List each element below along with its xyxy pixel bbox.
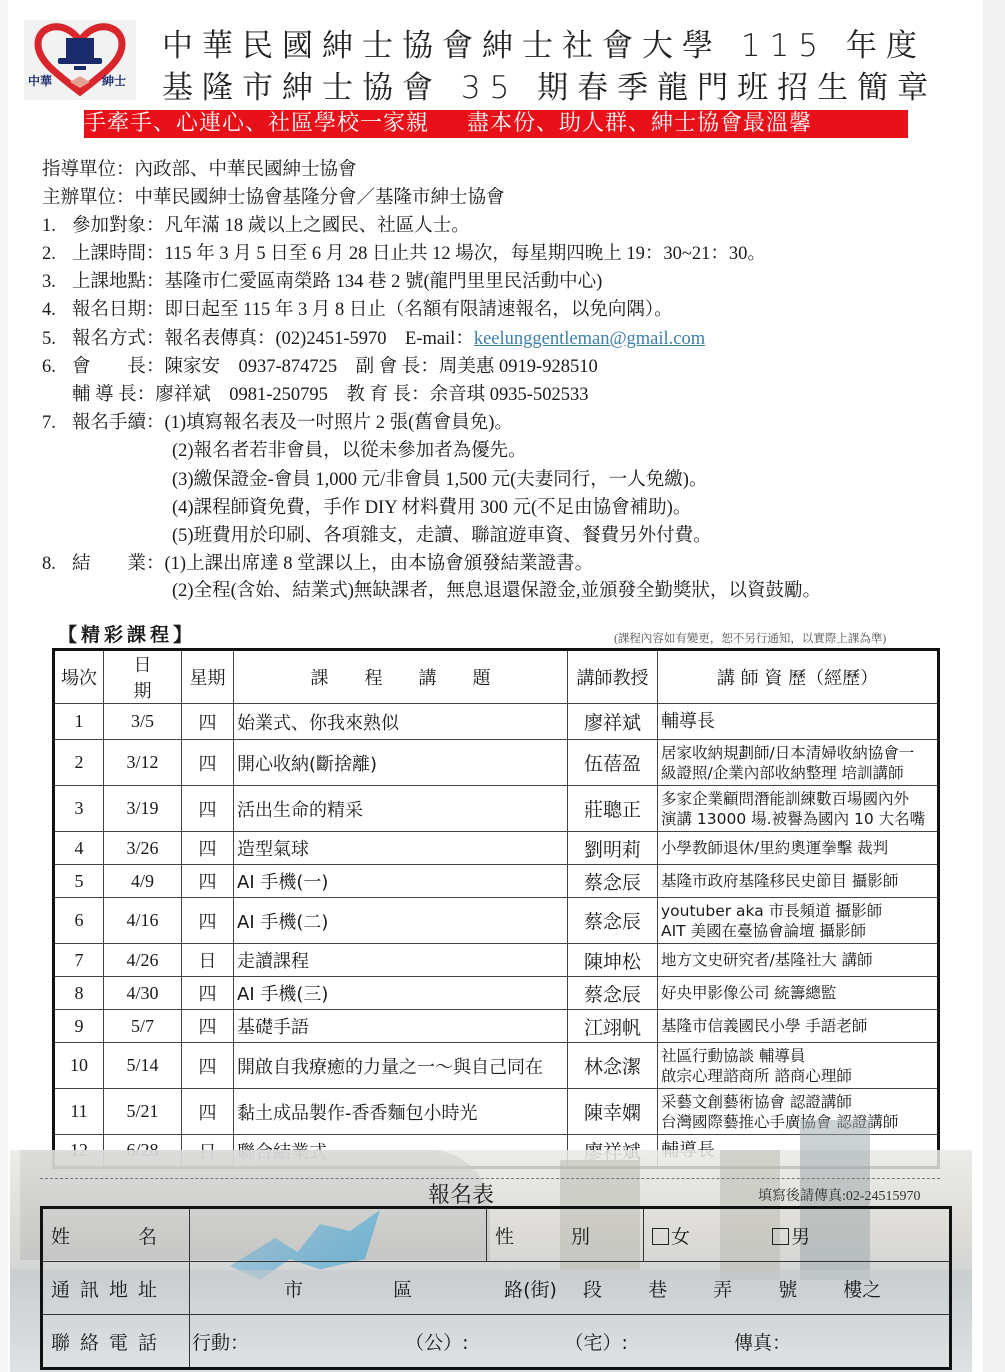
table-row: 74/26日走讀課程陳坤松地方文史研究者/基隆社大 講師	[54, 944, 939, 977]
info-item-7: 7.報名手續：(1)填寫報名表及一吋照片 2 張(舊會員免)。	[42, 409, 513, 437]
info-item-5: 5.報名方式：報名表傳真：(02)2451-5970 E-mail：keelun…	[42, 325, 705, 353]
address-field[interactable]: 市 區 路(街) 段 巷 弄 號 樓之	[190, 1262, 951, 1315]
info-item-7-3: (3)繳保證金-會員 1,000 元/非會員 1,500 元(夫妻同行，一人免繳…	[172, 466, 707, 494]
table-header-row: 場次 日 期 星期 課 程 講 題 講師教授 講 師 資 歷（經歷）	[54, 650, 939, 704]
slogan-part-2: 盡本份、助人群、紳士協會最溫馨	[467, 110, 812, 138]
header-date: 日 期	[104, 650, 182, 704]
table-row: 95/7四基礎手語江翊帆基隆市信義國民小學 手語老師	[54, 1010, 939, 1043]
form-row-address: 通訊地址 市 區 路(街) 段 巷 弄 號 樓之	[42, 1262, 951, 1315]
title-line-1: 中華民國紳士協會紳士社會大學 115 年度	[162, 20, 926, 65]
table-row: 54/9四AI 手機(一)蔡念辰基隆市政府基隆移民史節目 攝影師	[54, 865, 939, 898]
organizer-unit: 主辦單位：中華民國紳士協會基隆分會／基隆市紳士協會	[42, 184, 505, 212]
info-item-6-president: 6.會 長：陳家安 0937-874725 副 會 長：周美惠 0919-928…	[42, 353, 598, 381]
home-label: （宅）:	[565, 1332, 628, 1354]
info-item-7-2: (2)報名者若非會員，以從未參加者為優先。	[172, 437, 527, 465]
header-weekday: 星期	[182, 650, 234, 704]
male-label: 男	[791, 1226, 810, 1248]
female-checkbox[interactable]	[652, 1228, 669, 1245]
info-item-8-2: (2)全程(含始、結業式)無缺課者，無息退還保證金,並頒發全勤獎狀，以資鼓勵。	[172, 577, 821, 605]
header-instructor: 講師教授	[568, 650, 658, 704]
info-item-2: 2.上課時間：115 年 3 月 5 日至 6 月 28 日止共 12 場次，每…	[42, 240, 766, 268]
address-label: 通訊地址	[42, 1262, 190, 1315]
email-link[interactable]: keelunggentleman@gmail.com	[474, 329, 705, 349]
course-section-title: 【精彩課程】	[58, 620, 196, 647]
fax-label: 傳真：	[734, 1332, 791, 1354]
header-qualification: 講 師 資 歷（經歷）	[658, 650, 939, 704]
info-item-3: 3.上課地點：基隆市仁愛區南榮路 134 巷 2 號(龍門里里民活動中心)	[42, 268, 602, 296]
association-logo: 中華 紳士	[24, 20, 136, 100]
form-row-name: 姓 名 性 別 女 男	[42, 1208, 951, 1262]
course-table: 場次 日 期 星期 課 程 講 題 講師教授 講 師 資 歷（經歷） 13/5四…	[52, 648, 940, 1169]
header-session: 場次	[54, 650, 104, 704]
slogan-part-1: 手牽手、心連心、社區學校一家親	[84, 110, 429, 138]
table-row: 13/5四始業式、你我來熟似廖祥斌輔導長	[54, 704, 939, 740]
logo-text-left: 中華	[28, 72, 52, 89]
mobile-label: 行動：	[192, 1332, 249, 1354]
form-row-phone: 聯絡電話 行動： （公）: （宅）: 傳真：	[42, 1315, 951, 1369]
name-field[interactable]	[190, 1208, 487, 1262]
page-margin-left	[0, 0, 8, 1372]
name-label: 姓 名	[42, 1208, 190, 1262]
registration-form: 姓 名 性 別 女 男 通訊地址 市 區 路(街) 段 巷 弄 號 樓之 聯絡電…	[40, 1206, 952, 1370]
course-change-note: (課程內容如有變更，恕不另行通知，以實際上課為準)	[614, 630, 886, 646]
header-topic: 課 程 講 題	[234, 650, 568, 704]
gender-options: 女 男	[644, 1208, 951, 1262]
info-item-7-5: (5)班費用於印刷、各項雜支，走讀、聯誼遊車資、餐費另外付費。	[172, 522, 712, 550]
table-row: 23/12四開心收納(斷捨離)伍蓓盈居家收納規劃師/日本清婦收納協會一級證照/企…	[54, 740, 939, 786]
info-item-4: 4.報名日期：即日起至 115 年 3 月 8 日止（名額有限請速報名，以免向隅…	[42, 296, 673, 324]
info-item-1: 1.參加對象：凡年滿 18 歲以上之國民、社區人士。	[42, 212, 470, 240]
guidance-unit: 指導單位：內政部、中華民國紳士協會	[42, 156, 357, 184]
table-row: 43/26四造型氣球劉明莉小學教師退休/里約奧運拳擊 裁判	[54, 832, 939, 865]
info-item-8: 8.結 業：(1)上課出席達 8 堂課以上，由本協會頒發結業證書。	[42, 550, 593, 578]
logo-text-right: 紳士	[102, 72, 126, 89]
table-row: 64/16四AI 手機(二)蔡念辰youtuber aka 市長頻道 攝影師AI…	[54, 898, 939, 944]
form-title: 報名表	[428, 1178, 494, 1209]
table-row: 33/19四活出生命的精采莊聰正多家企業顧問潛能訓練數百場國內外演講 13000…	[54, 786, 939, 832]
gender-label: 性 別	[487, 1208, 644, 1262]
table-row: 84/30四AI 手機(三)蔡念辰好央甲影像公司 統籌總監	[54, 977, 939, 1010]
phone-label: 聯絡電話	[42, 1315, 190, 1369]
info-item-6-advisor: 輔 導 長：廖祥斌 0981-250795 教 育 長：余音琪 0935-502…	[42, 381, 588, 409]
slogan-banner: 手牽手、心連心、社區學校一家親 盡本份、助人群、紳士協會最溫馨	[84, 110, 908, 138]
female-label: 女	[671, 1226, 690, 1248]
fax-instruction: 填寫後請傳真:02-24515970	[758, 1185, 921, 1205]
page-margin-right	[983, 0, 1005, 1372]
male-checkbox[interactable]	[772, 1228, 789, 1245]
info-item-7-4: (4)課程師資免費，手作 DIY 材料費用 300 元(不足由協會補助)。	[172, 494, 691, 522]
title-line-2: 基隆市紳士協會 35 期春季龍門班招生簡章	[162, 62, 937, 107]
office-label: （公）:	[405, 1332, 468, 1354]
table-row: 105/14四開啟自我療癒的力量之一～與自己同在林念潔社區行動協談 輔導員啟宗心…	[54, 1043, 939, 1089]
phone-field[interactable]: 行動： （公）: （宅）: 傳真：	[190, 1315, 951, 1369]
